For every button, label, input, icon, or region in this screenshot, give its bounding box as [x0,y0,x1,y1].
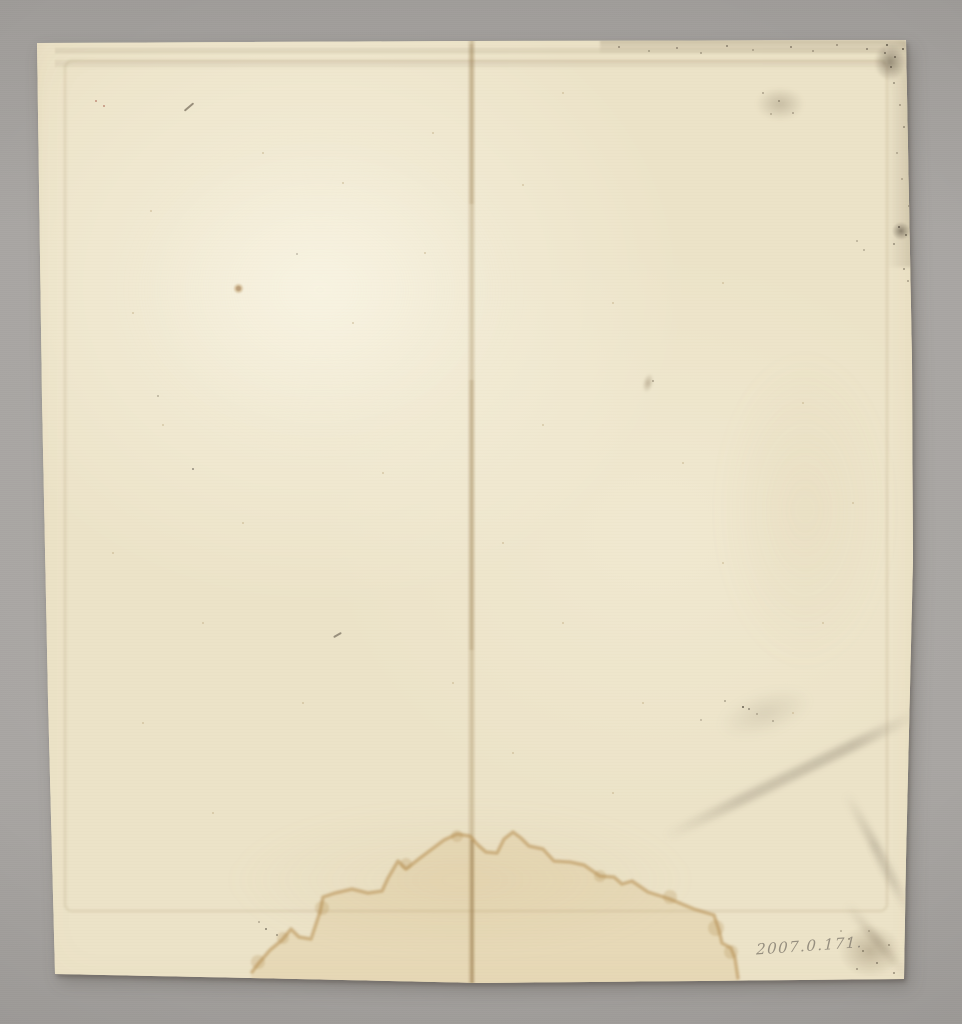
paper-shadow: 2007.0.171. [0,0,962,1024]
paper-sheet: 2007.0.171. [0,0,962,1024]
photo-backdrop: 2007.0.171. [0,0,962,1024]
tan-speck-layer [0,0,2,2]
edge-toning-overlay [0,0,962,1024]
dark-speck-layer [0,0,2,2]
